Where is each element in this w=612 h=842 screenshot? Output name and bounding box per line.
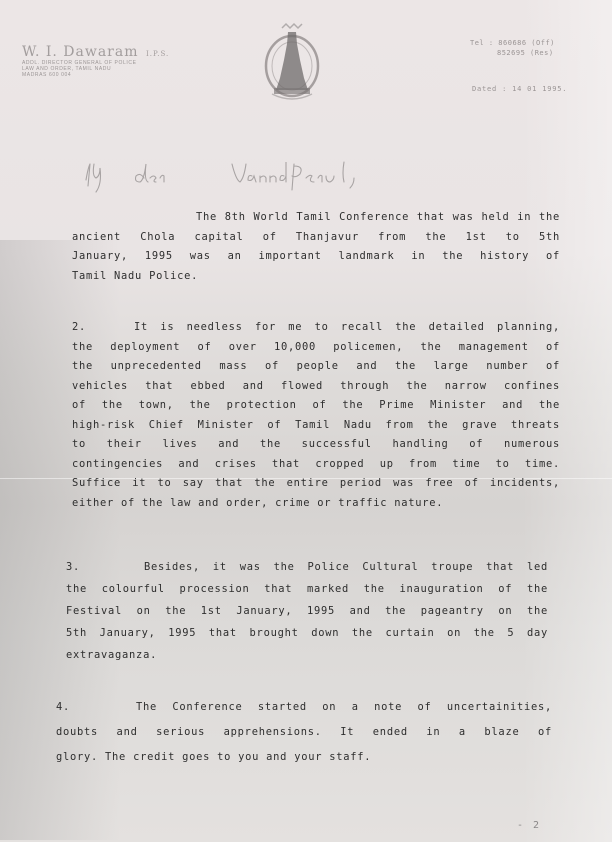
paragraph-line: the deployment of over 10,000 policemen,… <box>72 338 560 358</box>
paragraph-number: 4. <box>56 695 136 720</box>
paragraph-line: of the town, the protection of the Prime… <box>72 396 560 416</box>
paragraph-line: vehicles that ebbed and flowed through t… <box>72 377 560 397</box>
letter-date: Dated : 14 01 1995. <box>472 85 567 93</box>
paragraph-line: contingencies and crises that cropped up… <box>72 455 560 475</box>
paragraph-line: doubts and serious apprehensions. It end… <box>56 720 552 745</box>
dated-label: Dated : <box>472 85 507 93</box>
tel-label: Tel : <box>470 39 494 47</box>
government-emblem-icon <box>260 20 324 102</box>
sender-name-text: W. I. Dawaram <box>22 44 139 60</box>
line-text: The 8th World Tamil Conference that was … <box>196 211 560 223</box>
paragraph-line: January, 1995 was an important landmark … <box>72 247 560 267</box>
paragraph-3: 3.Besides, it was the Police Cultural tr… <box>66 556 548 666</box>
page-number: - 2 <box>517 820 541 831</box>
paragraph-line: 5th January, 1995 that brought down the … <box>66 622 548 644</box>
paragraph-number: 2. <box>72 318 134 338</box>
line-text: It is needless for me to recall the deta… <box>134 321 560 333</box>
paragraph-number: 3. <box>66 556 144 578</box>
sender-city: Madras 600 004 <box>22 72 169 78</box>
sender-name: W. I. Dawaram I.P.S. <box>22 44 169 60</box>
paragraph-line: high-risk Chief Minister of Tamil Nadu f… <box>72 416 560 436</box>
contact-block: Tel : 860686 (Off) 852695 (Res) <box>470 38 555 58</box>
paragraph-line: ancient Chola capital of Thanjavur from … <box>72 228 560 248</box>
telephone-home: 852695 (Res) <box>470 48 555 58</box>
sender-suffix: I.P.S. <box>146 50 169 58</box>
handwritten-salutation <box>82 150 442 200</box>
paragraph-line: 2.It is needless for me to recall the de… <box>72 318 560 338</box>
paragraph-line: to their lives and the successful handli… <box>72 435 560 455</box>
paragraph-line: 3.Besides, it was the Police Cultural tr… <box>66 556 548 578</box>
line-text: Besides, it was the Police Cultural trou… <box>144 561 548 573</box>
paragraph-line: Tamil Nadu Police. <box>72 267 560 287</box>
tel-office-number: 860686 (Off) <box>498 39 555 47</box>
paragraph-2: 2.It is needless for me to recall the de… <box>72 318 560 513</box>
paragraph-line: Suffice it to say that the entire period… <box>72 474 560 494</box>
paragraph-line: The 8th World Tamil Conference that was … <box>72 208 560 228</box>
telephone-office: Tel : 860686 (Off) <box>470 38 555 48</box>
sender-block: W. I. Dawaram I.P.S. Addl. Director Gene… <box>22 44 169 78</box>
paragraph-line: glory. The credit goes to you and your s… <box>56 745 552 770</box>
paragraph-line: 4.The Conference started on a note of un… <box>56 695 552 720</box>
paragraph-line: extravaganza. <box>66 644 548 666</box>
paragraph-line: the unprecedented mass of people and the… <box>72 357 560 377</box>
paragraph-line: the colourful procession that marked the… <box>66 578 548 600</box>
paragraph-4: 4.The Conference started on a note of un… <box>56 695 552 770</box>
dated-value: 14 01 1995. <box>512 85 567 93</box>
paragraph-line: Festival on the 1st January, 1995 and th… <box>66 600 548 622</box>
paragraph-1: The 8th World Tamil Conference that was … <box>72 208 560 286</box>
paragraph-line: either of the law and order, crime or tr… <box>72 494 560 514</box>
line-text: The Conference started on a note of unce… <box>136 701 552 713</box>
